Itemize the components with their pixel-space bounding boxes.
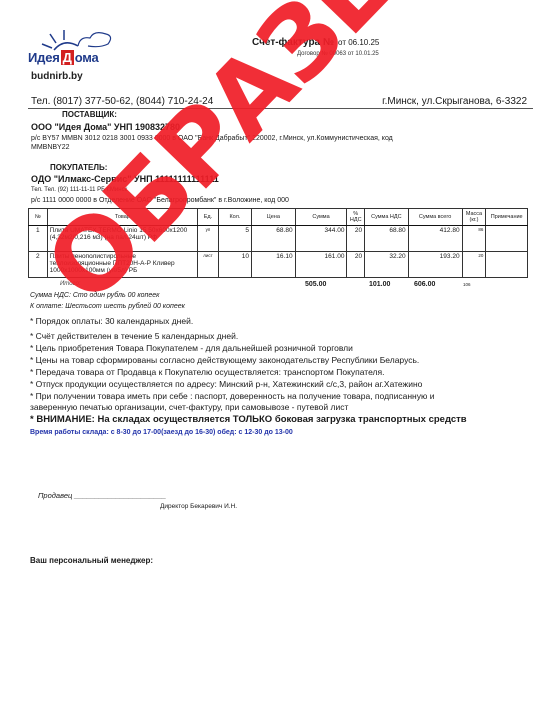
col-header: Сумма всего [408, 209, 462, 226]
note-documents-cont: заверенную печатью организации, счет-фак… [30, 402, 348, 412]
signer-name: Директор Бекаревич И.Н. [160, 503, 237, 510]
seller-label: Продавец [38, 491, 72, 500]
logo-text: ИдеяДома [28, 50, 99, 65]
note-pickup-address: * Отпуск продукции осуществляется по адр… [30, 379, 422, 389]
company-address: г.Минск, ул.Скрыганова, 6-3322 [382, 96, 527, 107]
website-link[interactable]: budnirb.by [31, 71, 83, 82]
note-purpose: * Цель приобретения Товара Покупателем -… [30, 343, 353, 353]
supplier-bic: MMBNBY22 [31, 144, 70, 151]
col-header: Масса (кг.) [462, 209, 486, 226]
company-logo: ИдеяДома [28, 28, 118, 68]
loading-warning: * ВНИМАНИЕ: На складах осуществляется ТО… [30, 414, 467, 425]
signature-line: ______________________ [74, 491, 166, 500]
total-mass: 106 [463, 282, 471, 287]
total-sum: 505.00 [305, 281, 326, 288]
note-validity: * Счёт действителен в течение 5 календар… [30, 331, 238, 341]
col-header: Кол. [218, 209, 251, 226]
personal-manager-label: Ваш персональный менеджер: [30, 556, 153, 565]
note-documents: * При получении товара иметь при себе : … [30, 391, 434, 401]
total-vat: 101.00 [369, 281, 390, 288]
note-pricing: * Цены на товар сформированы согласно де… [30, 355, 419, 365]
supplier-heading: ПОСТАВЩИК: [62, 110, 117, 119]
sun-cloud-icon [28, 28, 118, 52]
total-all: 606.00 [414, 281, 435, 288]
note-delivery: * Передача товара от Продавца к Покупате… [30, 367, 384, 377]
seller-signature: Продавец ______________________ [38, 491, 166, 500]
col-header: Цена [252, 209, 296, 226]
col-header: Примечание [486, 209, 528, 226]
col-header: Сумма [295, 209, 347, 226]
col-header: Сумма НДС [365, 209, 409, 226]
col-header: % НДС [347, 209, 365, 226]
warehouse-hours: Время работы склада: с 8-30 до 17-00(зае… [30, 429, 293, 436]
